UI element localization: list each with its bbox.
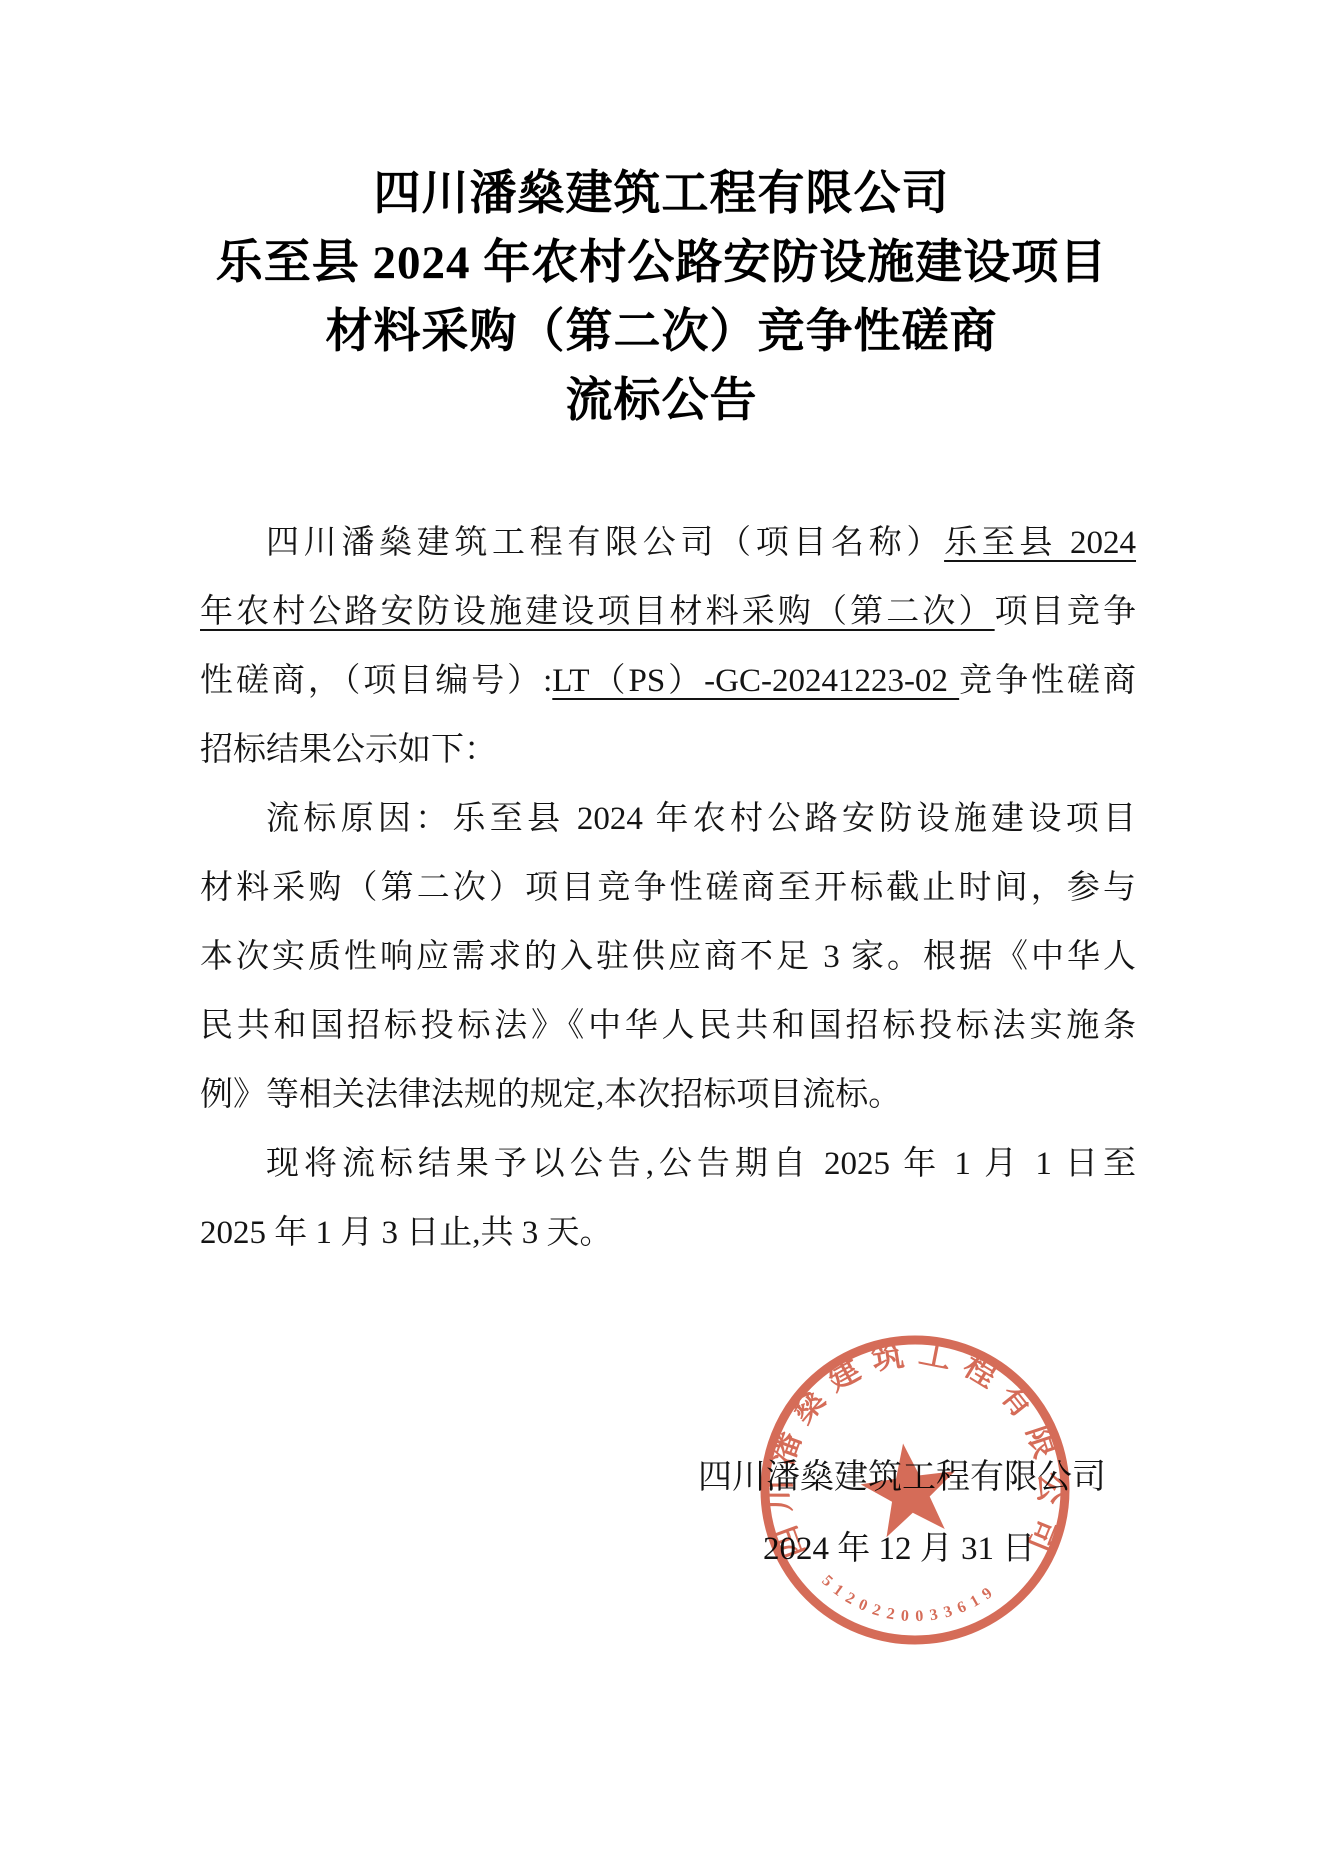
body-text: 例》等相关法律法规的规定,本次招标项目流标。: [200, 1077, 901, 1113]
document-body: 四川潘燊建筑工程有限公司（项目名称）乐至县 2024年农村公路安防设施建设项目材…: [200, 509, 1136, 1268]
document-title: 四川潘燊建筑工程有限公司乐至县 2024 年农村公路安防设施建设项目材料采购（第…: [0, 160, 1323, 436]
body-line: 本次实质性响应需求的入驻供应商不足 3 家。根据《中华人: [200, 923, 1136, 992]
body-line: 招标结果公示如下：: [200, 716, 1136, 785]
body-text: 竞争性磋商: [959, 663, 1136, 699]
title-line: 流标公告: [0, 367, 1323, 436]
body-line: 民共和国招标投标法》《中华人民共和国招标投标法实施条: [200, 992, 1136, 1061]
document-page: 四川潘燊建筑工程有限公司乐至县 2024 年农村公路安防设施建设项目材料采购（第…: [0, 0, 1323, 1871]
body-text: 四川潘燊建筑工程有限公司（项目名称）: [266, 525, 944, 561]
body-text: 本次实质性响应需求的入驻供应商不足 3 家。根据《中华人: [200, 939, 1136, 975]
title-line: 材料采购（第二次）竞争性磋商: [0, 298, 1323, 367]
body-text: 现将流标结果予以公告,公告期自 2025 年 1 月 1 日至: [266, 1146, 1136, 1182]
underlined-text: 乐至县 2024: [944, 525, 1136, 561]
body-line: 2025 年 1 月 3 日止,共 3 天。: [200, 1199, 1136, 1268]
body-text: 2025 年 1 月 3 日止,共 3 天。: [200, 1215, 613, 1251]
body-line: 性磋商，（项目编号）:LT（PS）-GC-20241223-02 竞争性磋商: [200, 647, 1136, 716]
title-line: 四川潘燊建筑工程有限公司: [0, 160, 1323, 229]
body-line: 现将流标结果予以公告,公告期自 2025 年 1 月 1 日至: [200, 1130, 1136, 1199]
underlined-text: LT（PS）-GC-20241223-02: [552, 663, 959, 699]
seal-number-text: 5120220033619: [818, 1572, 1001, 1625]
seal-arc-text: 四川潘燊建筑工程有限公司: [761, 1334, 1070, 1568]
seal-star-icon: [856, 1437, 963, 1540]
body-line: 例》等相关法律法规的规定,本次招标项目流标。: [200, 1061, 1136, 1130]
title-line: 乐至县 2024 年农村公路安防设施建设项目: [0, 229, 1323, 298]
body-text: 流标原因：乐至县 2024 年农村公路安防设施建设项目: [266, 801, 1136, 837]
company-seal-stamp: 四川潘燊建筑工程有限公司 5120220033619: [755, 1330, 1075, 1650]
body-text: 项目竞争: [995, 594, 1136, 630]
body-text: 招标结果公示如下：: [200, 732, 497, 768]
body-text: 性磋商，（项目编号）:: [200, 663, 552, 699]
body-text: 材料采购（第二次）项目竞争性磋商至开标截止时间，参与: [200, 870, 1136, 906]
body-line: 流标原因：乐至县 2024 年农村公路安防设施建设项目: [200, 785, 1136, 854]
underlined-text: 年农村公路安防设施建设项目材料采购（第二次）: [200, 594, 995, 630]
body-line: 材料采购（第二次）项目竞争性磋商至开标截止时间，参与: [200, 854, 1136, 923]
body-line: 四川潘燊建筑工程有限公司（项目名称）乐至县 2024: [200, 509, 1136, 578]
body-line: 年农村公路安防设施建设项目材料采购（第二次）项目竞争: [200, 578, 1136, 647]
body-text: 民共和国招标投标法》《中华人民共和国招标投标法实施条: [200, 1008, 1136, 1044]
